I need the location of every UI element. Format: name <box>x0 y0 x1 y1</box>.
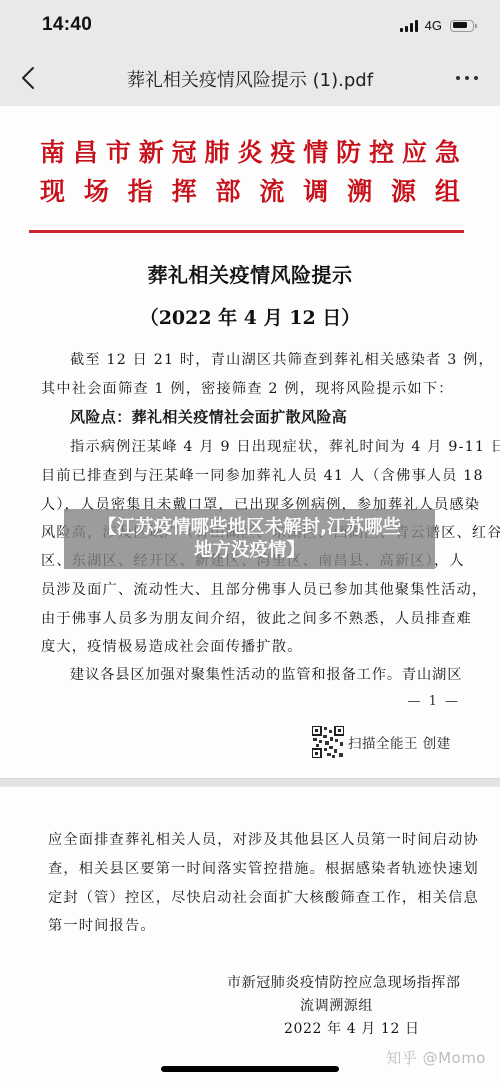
back-button[interactable] <box>14 62 42 94</box>
org-char: 新 <box>139 133 164 169</box>
scanner-app-label: 扫描全能王 创建 <box>348 732 451 752</box>
network-type: 4G <box>425 18 442 33</box>
status-indicators: 4G <box>400 18 474 33</box>
org-char: 疫 <box>270 133 295 169</box>
nav-header: 葬礼相关疫情风险提示 (1).pdf <box>0 50 500 106</box>
paragraph-line: 指示病例汪某峰 4 月 9 日出现症状，葬礼时间为 4 月 9-11 日， <box>70 436 490 456</box>
more-dot <box>474 76 478 80</box>
org-char: 部 <box>216 172 241 208</box>
more-horizontal-icon <box>456 76 460 80</box>
org-char: 防 <box>336 133 361 169</box>
battery-icon <box>450 20 474 32</box>
document-title: 葬礼相关疫情风险提示 (1).pdf <box>60 66 440 92</box>
cellular-signal-icon <box>400 20 418 32</box>
paragraph-line: 建议各县区加强对聚集性活动的监管和报备工作。青山湖区 <box>70 664 490 684</box>
more-dot <box>465 76 469 80</box>
org-char: 组 <box>435 172 460 208</box>
zhihu-watermark: 知乎 @Momo <box>386 1047 486 1068</box>
qr-code-icon <box>312 726 344 758</box>
scanner-app-badge: 扫描全能王 创建 <box>312 726 451 758</box>
paragraph-line: 应全面排查葬礼相关人员，对涉及其他县区人员第一时间启动协 <box>48 829 468 849</box>
risk-point-heading: 风险点：葬礼相关疫情社会面扩散风险高 <box>70 406 490 427</box>
notice-date: （2022 年 4 月 12 日） <box>0 303 500 330</box>
org-char: 控 <box>369 133 394 169</box>
status-time: 14:40 <box>42 14 92 36</box>
org-heading-line-1: 南 昌 市 新 冠 肺 炎 疫 情 防 控 应 急 <box>40 133 460 169</box>
pdf-viewer[interactable]: 南 昌 市 新 冠 肺 炎 疫 情 防 控 应 急 现 场 指 挥 部 流 调 … <box>0 106 500 1082</box>
org-char: 应 <box>402 133 427 169</box>
pdf-page-2: 应全面排查葬礼相关人员，对涉及其他县区人员第一时间启动协 查，相关县区要第一时间… <box>0 787 500 1082</box>
org-char: 指 <box>128 172 153 208</box>
signature-group: 流调溯源组 <box>300 995 500 1015</box>
paragraph-line: 目前已排查到与汪某峰一同参加葬礼人员 41 人（含佛事人员 18 <box>41 465 461 485</box>
org-char: 源 <box>391 172 416 208</box>
org-char: 冠 <box>172 133 197 169</box>
article-title-overlay: 【江苏疫情哪些地区未解封,江苏哪些 地方没疫情】 <box>64 509 435 569</box>
home-indicator[interactable] <box>161 1066 339 1072</box>
signature-org: 市新冠肺炎疫情防控应急现场指挥部 <box>227 972 500 992</box>
paragraph-line: 由于佛事人员多为朋友间介绍，彼此之间多不熟悉，人员排查难 <box>41 608 461 628</box>
org-char: 溯 <box>347 172 372 208</box>
signature-date: 2022 年 4 月 12 日 <box>284 1018 500 1038</box>
org-char: 挥 <box>172 172 197 208</box>
org-char: 调 <box>303 172 328 208</box>
paragraph-line: 第一时间报告。 <box>48 915 468 935</box>
pdf-page-1: 南 昌 市 新 冠 肺 炎 疫 情 防 控 应 急 现 场 指 挥 部 流 调 … <box>0 106 500 778</box>
org-char: 昌 <box>73 133 98 169</box>
page-number: — 1 — <box>407 694 460 709</box>
paragraph-line: 度大，疫情极易造成社会面传播扩散。 <box>41 636 461 656</box>
red-divider <box>29 230 464 233</box>
status-bar: 14:40 4G <box>0 0 500 50</box>
paragraph-line: 查，相关县区要第一时间落实管控措施。根据感染者轨迹快速划 <box>48 858 468 878</box>
org-char: 现 <box>40 172 65 208</box>
more-options-button[interactable] <box>452 72 482 84</box>
org-char: 肺 <box>205 133 230 169</box>
chevron-left-icon <box>21 66 35 90</box>
paragraph-line: 员涉及面广、流动性大、且部分佛事人员已参加其他聚集性活动， <box>41 579 461 599</box>
paragraph-line: 定封（管）控区，尽快启动社会面扩大核酸筛查工作，相关信息 <box>48 887 468 907</box>
org-char: 场 <box>84 172 109 208</box>
overlay-line-1: 【江苏疫情哪些地区未解封,江苏哪些 <box>80 516 420 539</box>
overlay-line-2: 地方没疫情】 <box>80 539 420 562</box>
org-char: 市 <box>106 133 131 169</box>
org-char: 流 <box>259 172 284 208</box>
notice-title: 葬礼相关疫情风险提示 <box>0 259 500 288</box>
org-char: 情 <box>303 133 328 169</box>
org-char: 南 <box>40 133 65 169</box>
org-char: 急 <box>435 133 460 169</box>
page-separator <box>0 778 500 787</box>
paragraph-line: 其中社会面筛查 1 例，密接筛查 2 例，现将风险提示如下： <box>41 378 461 398</box>
paragraph-line: 截至 12 日 21 时，青山湖区共筛查到葬礼相关感染者 3 例， <box>70 349 490 369</box>
org-heading-line-2: 现 场 指 挥 部 流 调 溯 源 组 <box>40 172 460 208</box>
org-char: 炎 <box>237 133 262 169</box>
